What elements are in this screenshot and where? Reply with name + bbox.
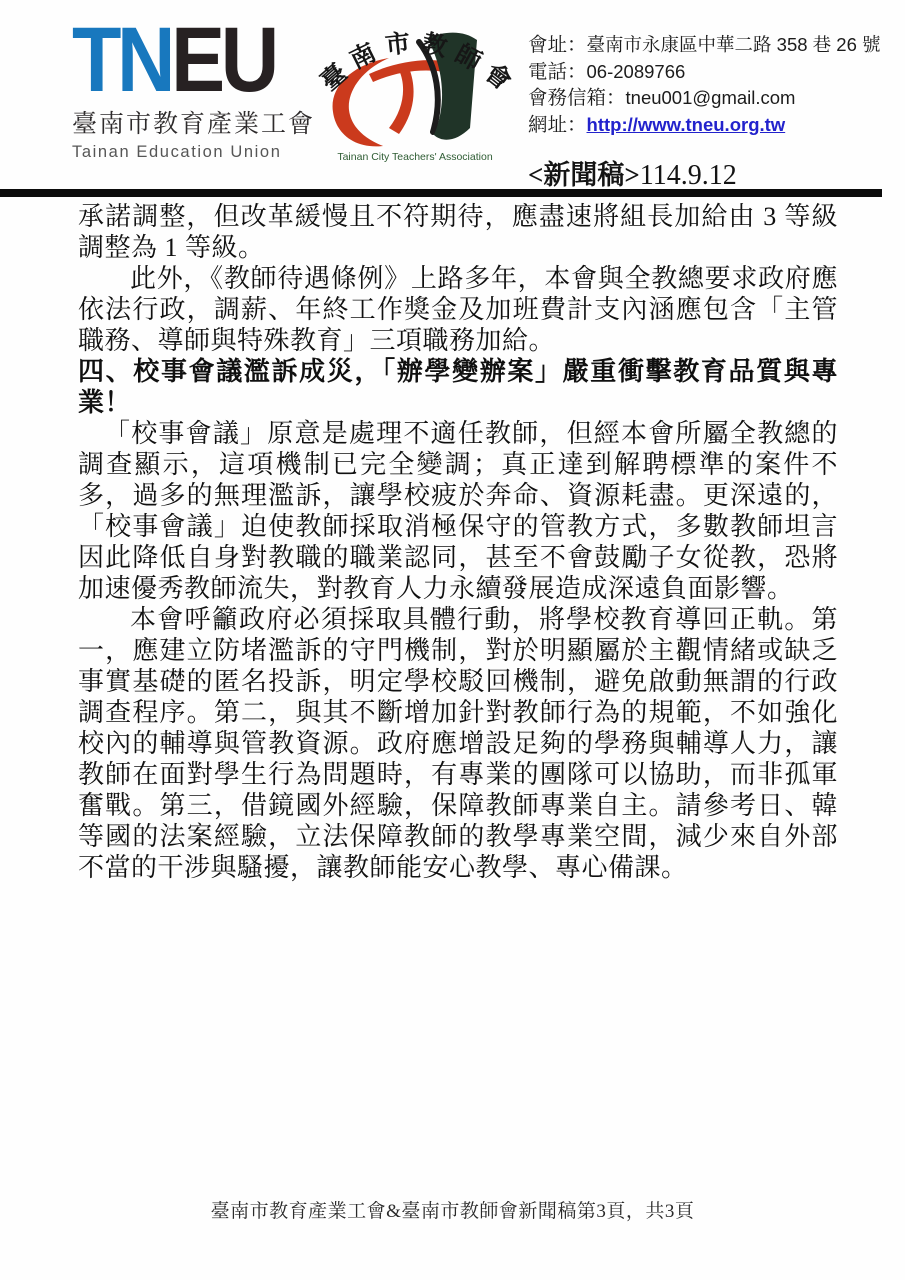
- tcta-logo: 臺南市教師會 Tainan City Teachers' Association: [303, 10, 515, 170]
- address-label: 會址：: [528, 35, 587, 56]
- page-footer: 臺南市教育產業工會&臺南市教師會新聞稿第3頁，共3頁: [0, 1196, 905, 1223]
- paragraph-school-meeting: 「校事會議」原意是處理不適任教師，但經本會所屬全教總的調查顯示，這項機制已完全變…: [78, 418, 838, 604]
- website-link[interactable]: http://www.tneu.org.tw: [587, 114, 786, 135]
- contact-email: 會務信箱：tneu001@gmail.com: [528, 85, 890, 112]
- paragraph-teacher-pay: 此外，《教師待遇條例》上路多年，本會與全教總要求政府應依法行政，調薪、年終工作獎…: [78, 263, 838, 356]
- tneu-wordmark-eu: EU: [171, 9, 275, 111]
- phone-label: 電話：: [528, 62, 587, 83]
- press-release-date: 114.9.12: [640, 160, 737, 191]
- header-divider-rule: [0, 189, 882, 197]
- section-heading-4: 四、校事會議濫訴成災，「辦學變辦案」嚴重衝擊教育品質與專業！: [78, 356, 838, 418]
- contact-address: 會址：臺南市永康區中華二路 358 巷 26 號: [528, 32, 890, 59]
- contact-phone: 電話：06-2089766: [528, 59, 890, 86]
- tneu-wordmark-tn: TN: [72, 9, 171, 111]
- email-label: 會務信箱：: [528, 88, 626, 109]
- tcta-english-caption: Tainan City Teachers' Association: [337, 151, 492, 163]
- press-release-tag: <新聞稿>: [528, 160, 640, 190]
- document-body: 承諾調整，但改革緩慢且不符期待，應盡速將組長加給由 3 等級調整為 1 等級。 …: [78, 201, 838, 883]
- tneu-english-name: Tainan Education Union: [72, 143, 307, 162]
- tneu-logo: TNEU 臺南市教育產業工會 Tainan Education Union: [72, 20, 307, 162]
- paragraph-continuation: 承諾調整，但改革緩慢且不符期待，應盡速將組長加給由 3 等級調整為 1 等級。: [78, 201, 838, 263]
- phone-value: 06-2089766: [587, 61, 686, 82]
- contact-website: 網址：http://www.tneu.org.tw: [528, 112, 890, 139]
- paragraph-union-appeal: 本會呼籲政府必須採取具體行動，將學校教育導回正軌。第一，應建立防堵濫訴的守門機制…: [78, 604, 838, 883]
- contact-block: 會址：臺南市永康區中華二路 358 巷 26 號 電話：06-2089766 會…: [528, 32, 890, 138]
- press-release-page: TNEU 臺南市教育產業工會 Tainan Education Union 臺南…: [0, 0, 905, 1280]
- email-value: tneu001@gmail.com: [626, 87, 796, 108]
- tneu-wordmark: TNEU: [72, 20, 279, 100]
- website-label: 網址：: [528, 115, 587, 136]
- tcta-red-hook-shape: [389, 68, 414, 134]
- address-value: 臺南市永康區中華二路 358 巷 26 號: [587, 34, 881, 55]
- doc-title-line: <新聞稿>114.9.12: [528, 153, 737, 192]
